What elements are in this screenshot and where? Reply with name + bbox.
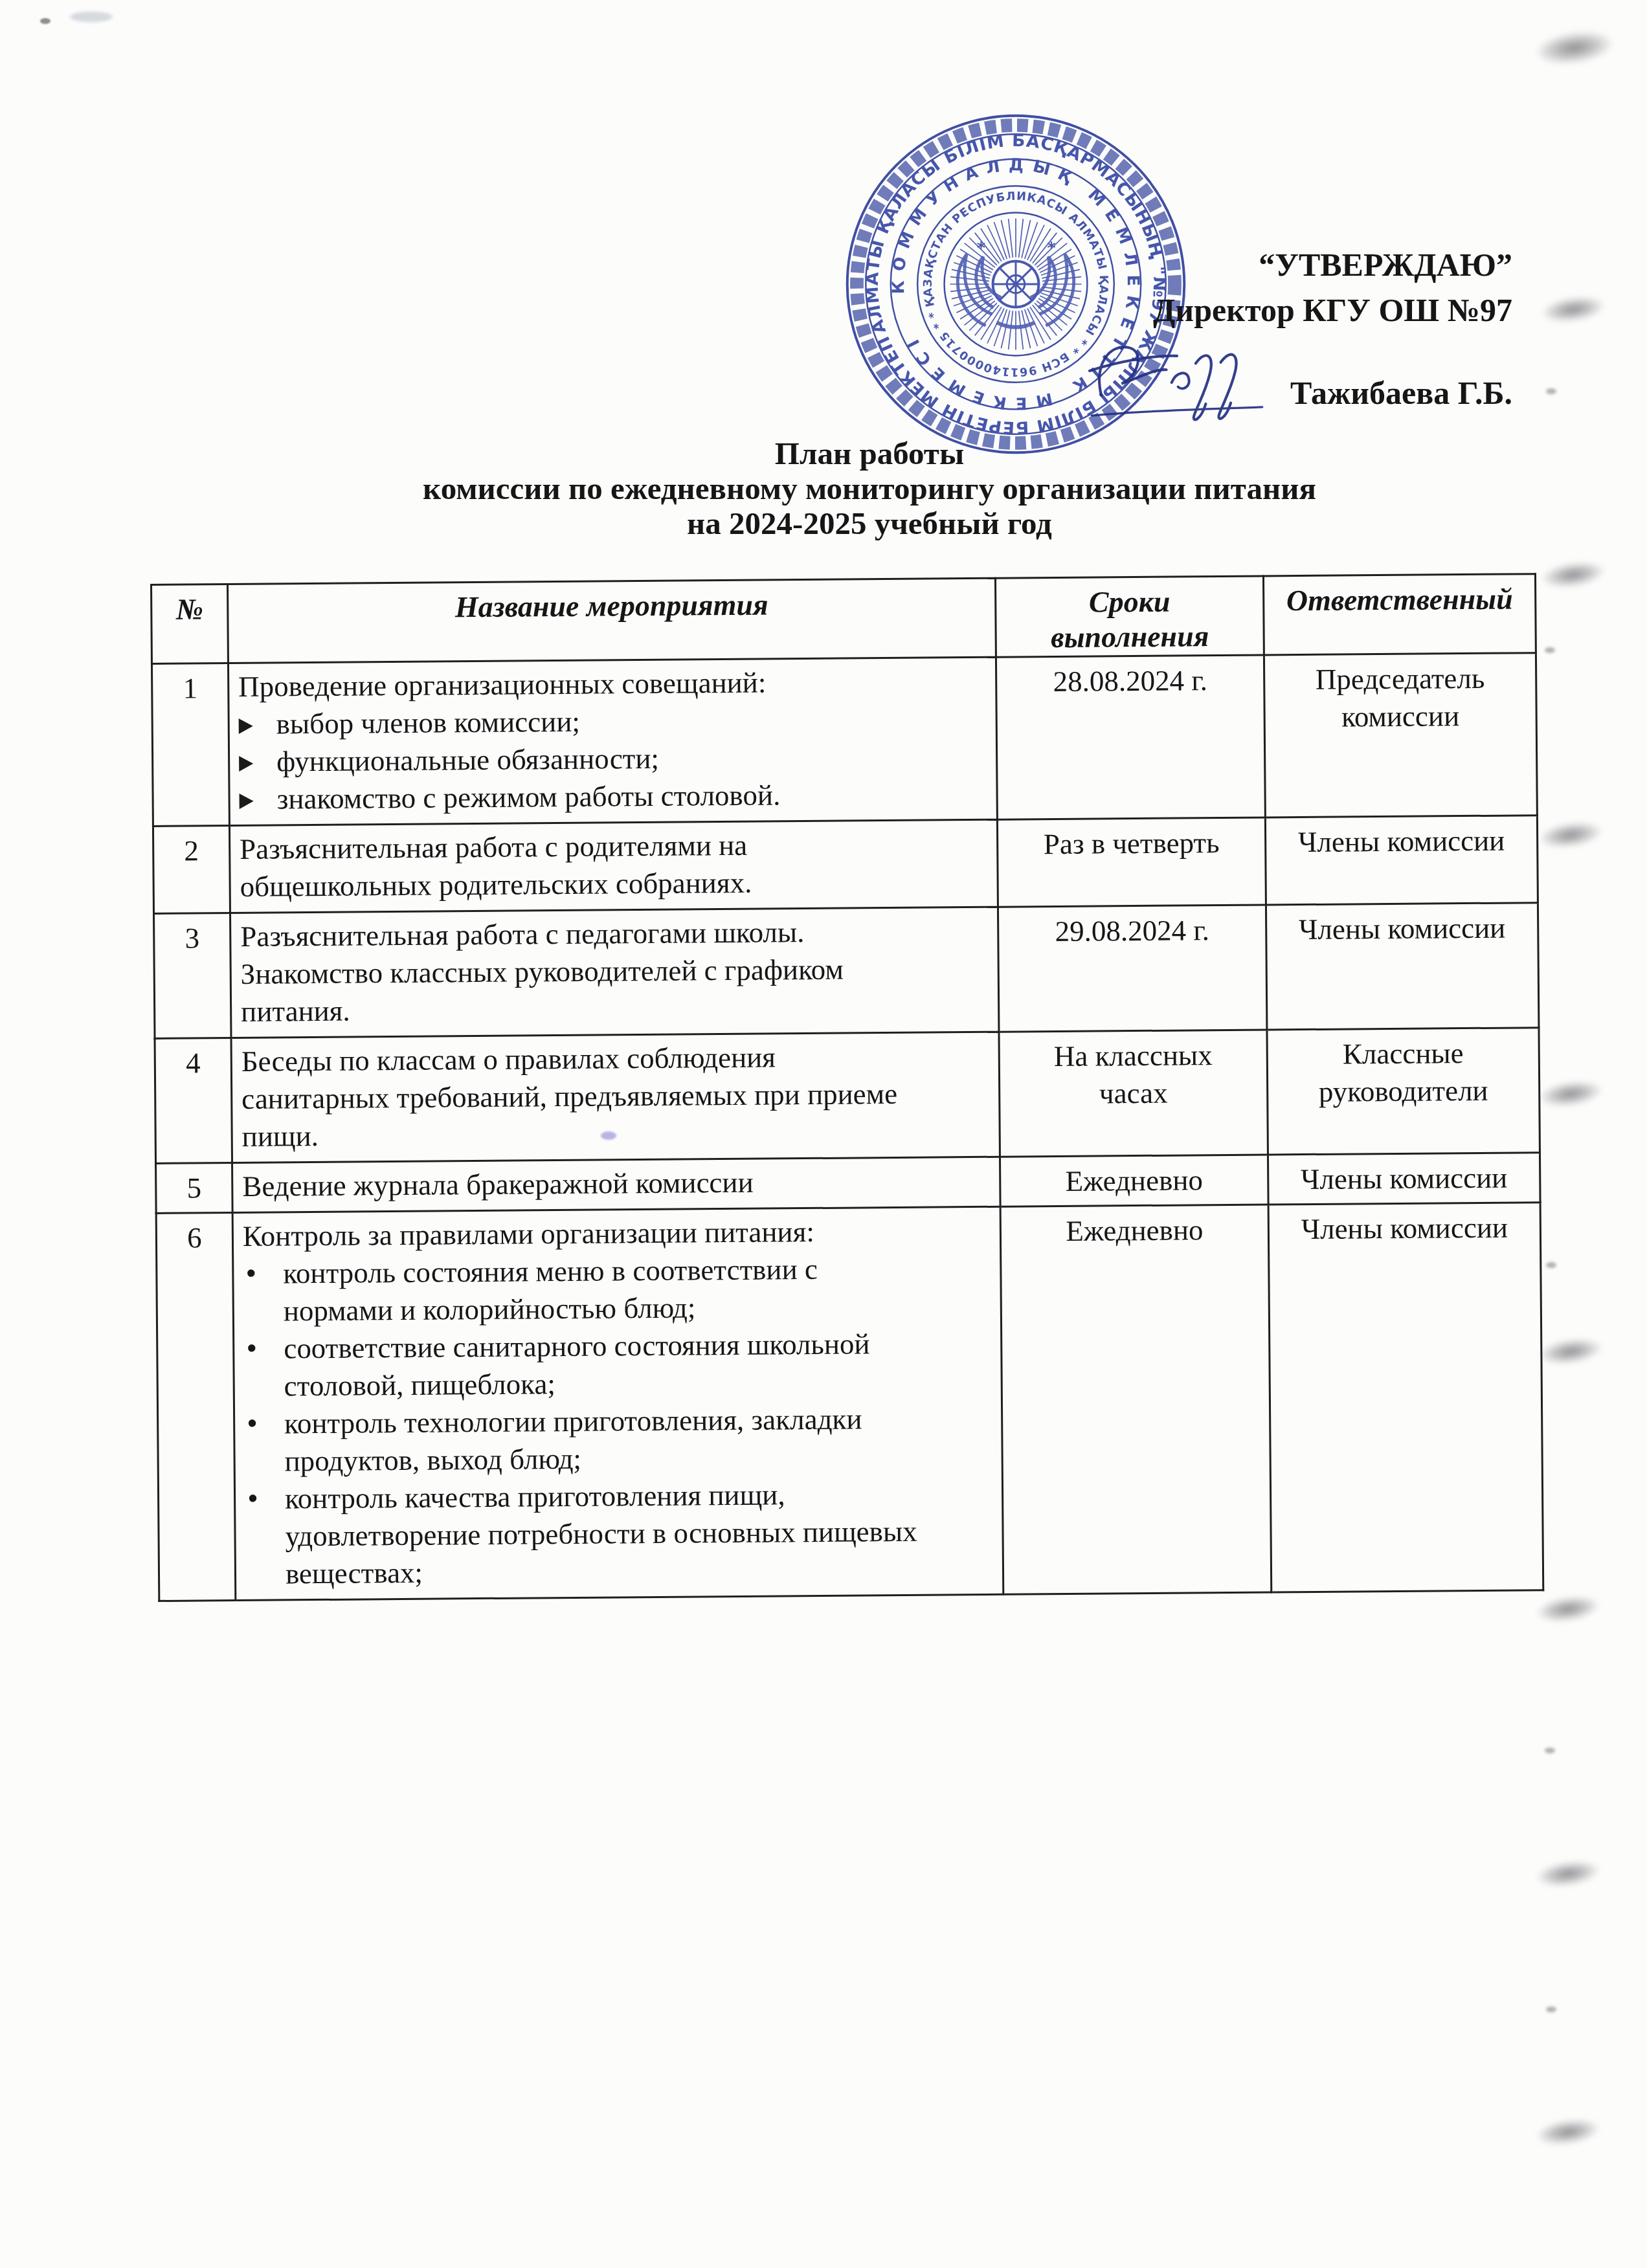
- dot-bullet-icon: [243, 1329, 284, 1367]
- table-row: 3Разъяснительная работа с педагогами шко…: [154, 903, 1539, 1039]
- approval-label: “УТВЕРЖДАЮ”: [930, 245, 1512, 285]
- scan-smudge: [1536, 1076, 1606, 1111]
- activity-bullet-item: функциональные обязанности;: [239, 737, 976, 781]
- activity-cell: Разъяснительная работа с родителями на о…: [229, 819, 998, 913]
- arrow-bullet-icon: [239, 742, 276, 780]
- header-number: №: [151, 584, 229, 664]
- activity-cell: Разъяснительная работа с педагогами школ…: [230, 907, 998, 1038]
- activity-bullet-item: знакомство с режимом работы столовой.: [239, 775, 976, 818]
- table-header-row: № Название мероприятия Сроки выполнения …: [151, 574, 1536, 664]
- deadline-cell: 29.08.2024 г.: [998, 905, 1267, 1032]
- director-signature: [1070, 331, 1284, 422]
- activity-bullet-item: выбор членов комиссии;: [238, 700, 976, 743]
- scan-smudge: [1538, 557, 1609, 592]
- scan-speck: [1545, 647, 1555, 653]
- activity-bullet-item: соответствие санитарного состояния школь…: [243, 1324, 981, 1405]
- dot-bullet-icon: [245, 1480, 285, 1517]
- document-title: План работы комиссии по ежедневному мони…: [93, 436, 1646, 541]
- row-number-cell: 2: [153, 826, 230, 914]
- dot-bullet-icon: [244, 1405, 284, 1442]
- pencil-mark: [70, 12, 113, 22]
- scan-smudge: [1536, 1334, 1606, 1369]
- deadline-cell: На классных часах: [999, 1030, 1268, 1157]
- activity-text: Разъяснительная работа с родителями на о…: [240, 825, 978, 906]
- plan-table-body: 1Проведение организационных совещаний:вы…: [151, 653, 1543, 1601]
- activity-cell: Контроль за правилами организации питани…: [232, 1206, 1003, 1600]
- header-deadline: Сроки выполнения: [995, 576, 1264, 657]
- row-number-cell: 6: [156, 1213, 236, 1601]
- activity-bullet-item: контроль состояния меню в соответствии с…: [243, 1249, 981, 1330]
- scan-smudge: [1533, 2115, 1604, 2150]
- table-row: 2Разъяснительная работа с родителями на …: [153, 816, 1538, 914]
- scanned-document-page: * * АЛМАТЫ ҚАЛАСЫ БІЛІМ БАСҚАРМАСЫНЫҢ "№…: [0, 0, 1647, 2268]
- signature-row: Тажибаева Г.Б.: [930, 331, 1512, 413]
- row-number-cell: 4: [155, 1038, 232, 1164]
- activity-cell: Проведение организационных совещаний:выб…: [228, 657, 997, 825]
- pencil-mark: [40, 18, 50, 24]
- responsible-cell: Члены комиссии: [1268, 1203, 1543, 1592]
- table-row: 4Беседы по классам о правилах соблюдения…: [155, 1028, 1540, 1164]
- plan-table-wrap: № Название мероприятия Сроки выполнения …: [150, 573, 1542, 1602]
- scan-smudge: [1533, 1856, 1604, 1891]
- activity-text: Ведение журнала бракеражной комиссии: [242, 1162, 980, 1205]
- title-line-2: комиссии по ежедневному мониторингу орга…: [93, 471, 1646, 506]
- deadline-cell: Ежедневно: [1000, 1155, 1268, 1206]
- scan-speck: [1545, 1748, 1555, 1753]
- responsible-cell: Члены комиссии: [1266, 903, 1539, 1030]
- activity-text: Контроль за правилами организации питани…: [243, 1212, 980, 1255]
- responsible-cell: Члены комиссии: [1268, 1153, 1540, 1205]
- plan-table: № Название мероприятия Сроки выполнения …: [150, 573, 1544, 1602]
- approval-director-line: Директор КГУ ОШ №97: [930, 290, 1512, 330]
- responsible-cell: Классные руководители: [1267, 1028, 1540, 1155]
- scan-smudge: [1531, 25, 1618, 70]
- activity-bullet-item: контроль технологии приготовления, закла…: [244, 1399, 982, 1480]
- activity-cell: Беседы по классам о правилах соблюдения …: [231, 1032, 1000, 1162]
- activity-text: контроль технологии приготовления, закла…: [284, 1400, 862, 1480]
- activity-bullet-item: контроль качества приготовления пищи, уд…: [245, 1474, 983, 1593]
- activity-text: соответствие санитарного состояния школь…: [284, 1325, 870, 1405]
- scan-smudge: [1536, 817, 1606, 852]
- deadline-cell: Раз в четверть: [997, 817, 1266, 907]
- title-line-3: на 2024-2025 учебный год: [93, 506, 1646, 541]
- approval-block: “УТВЕРЖДАЮ” Директор КГУ ОШ №97 Тажибаев…: [930, 245, 1512, 413]
- scan-smudge: [1533, 1592, 1604, 1627]
- scan-speck: [1546, 388, 1556, 394]
- row-number-cell: 5: [156, 1163, 233, 1214]
- responsible-cell: Члены комиссии: [1265, 816, 1538, 905]
- activity-text: функциональные обязанности;: [276, 740, 659, 781]
- row-number-cell: 3: [154, 913, 232, 1039]
- table-row: 1Проведение организационных совещаний:вы…: [151, 653, 1537, 827]
- header-responsible: Ответственный: [1263, 574, 1536, 655]
- deadline-cell: Ежедневно: [1000, 1205, 1272, 1594]
- title-line-1: План работы: [93, 436, 1646, 471]
- activity-text: Проведение организационных совещаний:: [238, 662, 976, 706]
- scan-smudge: [1538, 292, 1609, 327]
- responsible-cell: Председатель комиссии: [1264, 653, 1537, 817]
- activity-text: знакомство с режимом работы столовой.: [276, 776, 780, 817]
- arrow-bullet-icon: [238, 705, 276, 742]
- activity-text: контроль состояния меню в соответствии с…: [283, 1251, 818, 1329]
- activity-text: контроль качества приготовления пищи, уд…: [285, 1475, 917, 1593]
- scan-speck: [1546, 2007, 1556, 2012]
- table-row: 6Контроль за правилами организации питан…: [156, 1203, 1543, 1601]
- director-name: Тажибаева Г.Б.: [1290, 373, 1512, 413]
- arrow-bullet-icon: [239, 780, 276, 817]
- scan-speck: [1546, 1262, 1556, 1268]
- activity-cell: Ведение журнала бракеражной комиссии: [232, 1157, 1001, 1212]
- deadline-cell: 28.08.2024 г.: [996, 655, 1265, 819]
- header-activity: Название мероприятия: [228, 578, 996, 663]
- dot-bullet-icon: [243, 1254, 283, 1292]
- activity-text: Разъяснительная работа с педагогами школ…: [240, 912, 978, 1030]
- activity-text: выбор членов комиссии;: [276, 703, 580, 743]
- row-number-cell: 1: [151, 663, 229, 827]
- ink-mark: [601, 1131, 616, 1140]
